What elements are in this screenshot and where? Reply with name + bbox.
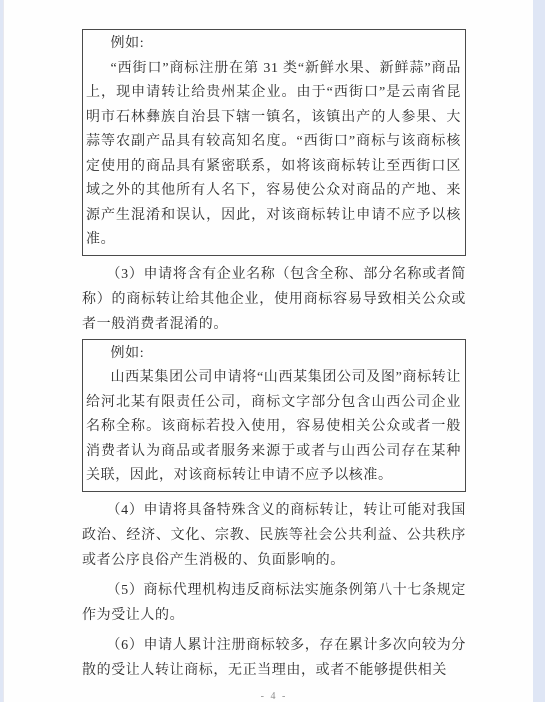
paragraph-item-5: （5）商标代理机构违反商标法实施条例第八十七条规定作为受让人的。 <box>82 578 466 628</box>
document-viewer-background: 例如: “西街口”商标注册在第 31 类“新鲜水果、新鲜蒜”商品上，现申请转让给… <box>0 0 545 702</box>
page-content: 例如: “西街口”商标注册在第 31 类“新鲜水果、新鲜蒜”商品上，现申请转让给… <box>4 0 533 702</box>
example-box-2-label: 例如: <box>86 342 461 367</box>
page-number: - 4 - <box>82 691 466 702</box>
document-page: 例如: “西街口”商标注册在第 31 类“新鲜水果、新鲜蒜”商品上，现申请转让给… <box>3 0 533 702</box>
example-box-1: 例如: “西街口”商标注册在第 31 类“新鲜水果、新鲜蒜”商品上，现申请转让给… <box>82 29 466 256</box>
paragraph-item-6: （6）申请人累计注册商标较多，存在累计多次向较为分散的受让人转让商标，无正当理由… <box>82 633 466 683</box>
example-box-1-label: 例如: <box>86 32 461 57</box>
example-box-2: 例如: 山西某集团公司申请将“山西某集团公司及图”商标转让给河北某有限责任公司，… <box>82 339 466 492</box>
example-box-1-body: “西街口”商标注册在第 31 类“新鲜水果、新鲜蒜”商品上，现申请转让给贵州某企… <box>86 57 461 253</box>
paragraph-item-3: （3）申请将含有企业名称（包含全称、部分名称或者简称）的商标转让给其他企业，使用… <box>82 262 466 337</box>
paragraph-item-4: （4）申请将具备特殊含义的商标转让，转让可能对我国政治、经济、文化、宗教、民族等… <box>82 498 466 573</box>
example-box-2-body: 山西某集团公司申请将“山西某集团公司及图”商标转让给河北某有限责任公司，商标文字… <box>86 366 461 489</box>
